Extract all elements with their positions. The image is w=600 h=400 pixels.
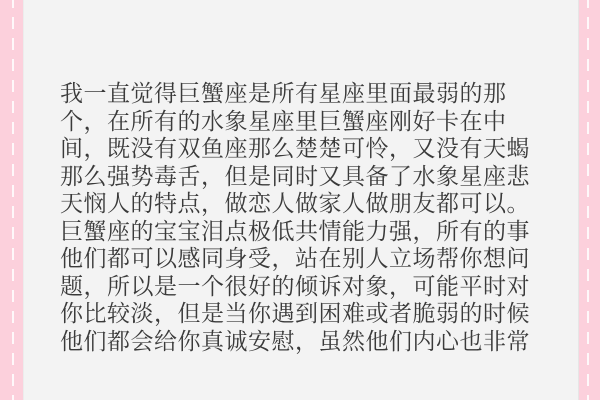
article-line-4: 那么强势毒舌，但是同时又具备了水象星座悲 [60,164,550,192]
right-pink-border [579,0,600,400]
left-dashed-stitch [12,0,14,400]
article-line-10: 他们都会给你真诚安慰，虽然他们内心也非常 [60,329,550,357]
left-pink-border [0,0,23,400]
article-line-9: 你比较淡，但是当你遇到困难或者脆弱的时候 [60,301,550,329]
article-line-2: 个，在所有的水象星座里巨蟹座刚好卡在中 [60,109,550,137]
article-line-3: 间，既没有双鱼座那么楚楚可怜，又没有天蝎 [60,136,550,164]
article-line-5: 天悯人的特点，做恋人做家人做朋友都可以。 [60,191,550,219]
right-dashed-stitch [587,0,589,400]
article-line-1: 我一直觉得巨蟹座是所有星座里面最弱的那 [60,81,550,109]
article-body: 我一直觉得巨蟹座是所有星座里面最弱的那 个，在所有的水象星座里巨蟹座刚好卡在中 … [60,81,550,356]
article-line-6: 巨蟹座的宝宝泪点极低共情能力强，所有的事 [60,219,550,247]
article-line-7: 他们都可以感同身受，站在别人立场帮你想问 [60,246,550,274]
article-line-8: 题，所以是一个很好的倾诉对象，可能平时对 [60,274,550,302]
